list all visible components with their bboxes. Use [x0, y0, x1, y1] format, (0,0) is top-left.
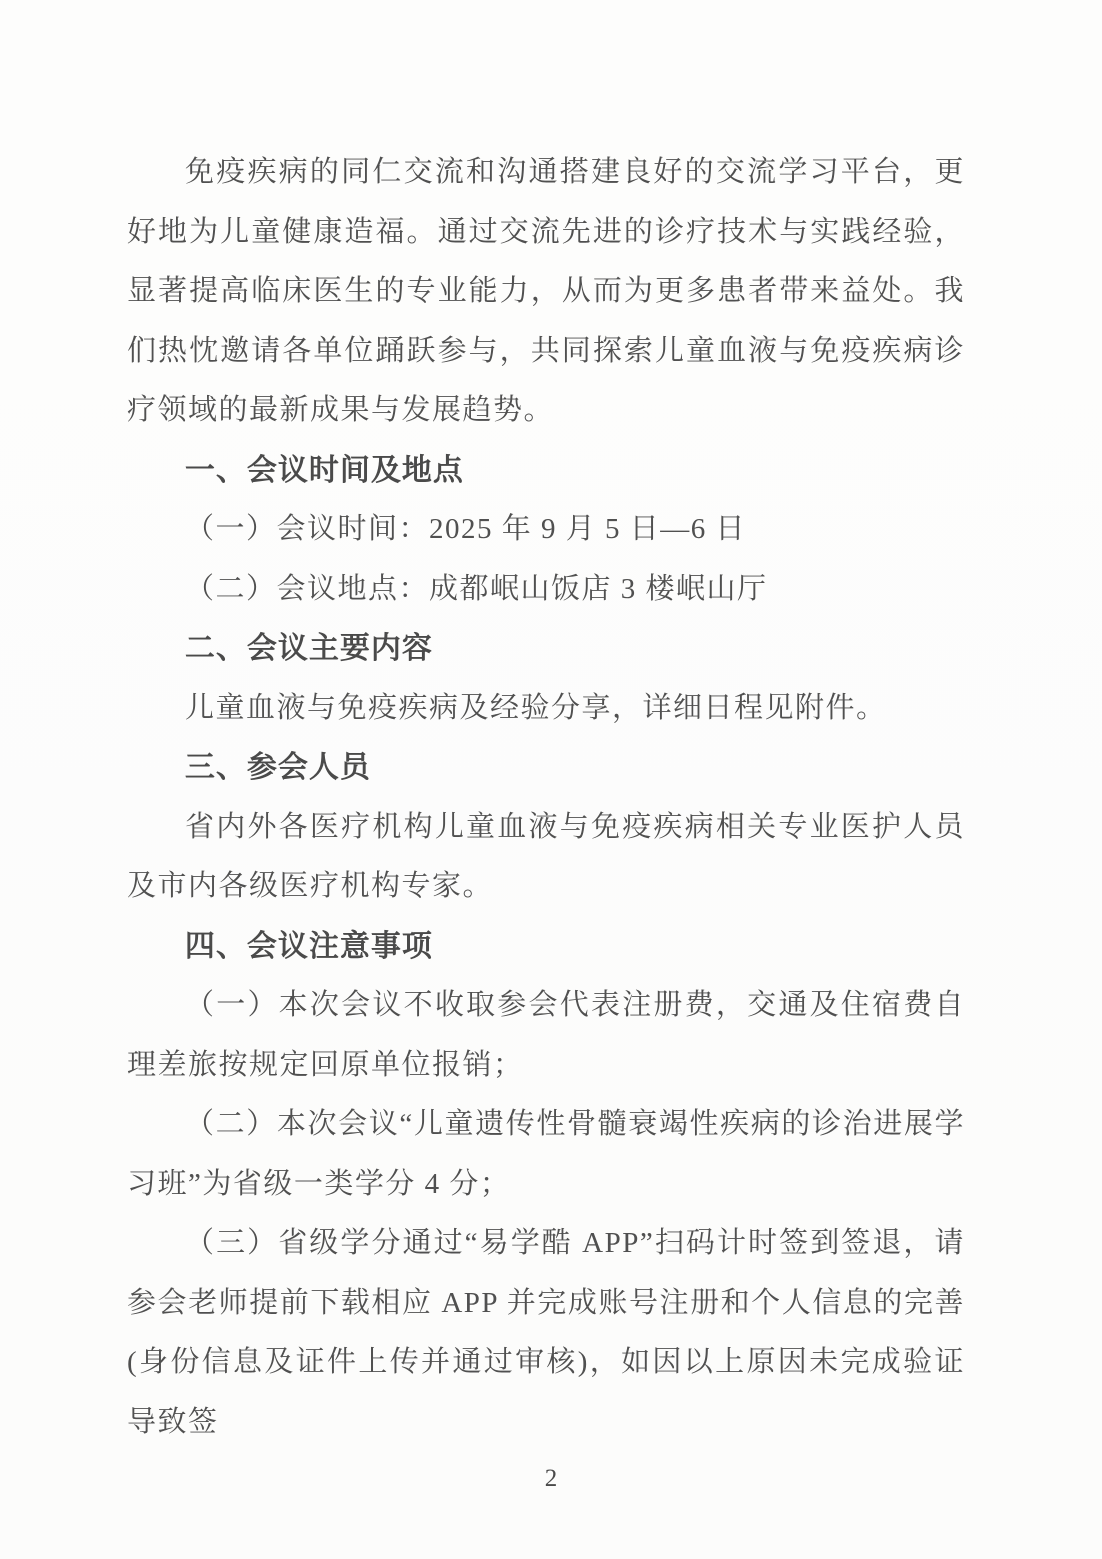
section-1-meeting-place: （二）会议地点：成都岷山饭店 3 楼岷山厅 [127, 560, 965, 620]
section-4-note-1: （一）本次会议不收取参会代表注册费，交通及住宿费自理差旅按规定回原单位报销； [127, 976, 965, 1095]
section-1-heading: 一、会议时间及地点 [127, 441, 965, 501]
section-4-note-2: （二）本次会议“儿童遗传性骨髓衰竭性疾病的诊治进展学习班”为省级一类学分 4 分… [127, 1095, 965, 1214]
document-page: 免疫疾病的同仁交流和沟通搭建良好的交流学习平台，更好地为儿童健康造福。通过交流先… [0, 0, 1102, 1559]
document-body: 免疫疾病的同仁交流和沟通搭建良好的交流学习平台，更好地为儿童健康造福。通过交流先… [127, 143, 965, 1452]
section-1-meeting-time: （一）会议时间：2025 年 9 月 5 日—6 日 [127, 500, 965, 560]
section-2-main-content: 儿童血液与免疫疾病及经验分享，详细日程见附件。 [127, 679, 965, 739]
intro-paragraph: 免疫疾病的同仁交流和沟通搭建良好的交流学习平台，更好地为儿童健康造福。通过交流先… [127, 143, 965, 441]
section-4-heading: 四、会议注意事项 [127, 917, 965, 977]
section-4-note-3: （三）省级学分通过“易学酷 APP”扫码计时签到签退，请参会老师提前下载相应 A… [127, 1214, 965, 1452]
section-3-participants: 省内外各医疗机构儿童血液与免疫疾病相关专业医护人员及市内各级医疗机构专家。 [127, 798, 965, 917]
page-number: 2 [0, 1465, 1102, 1493]
section-2-heading: 二、会议主要内容 [127, 619, 965, 679]
section-3-heading: 三、参会人员 [127, 738, 965, 798]
